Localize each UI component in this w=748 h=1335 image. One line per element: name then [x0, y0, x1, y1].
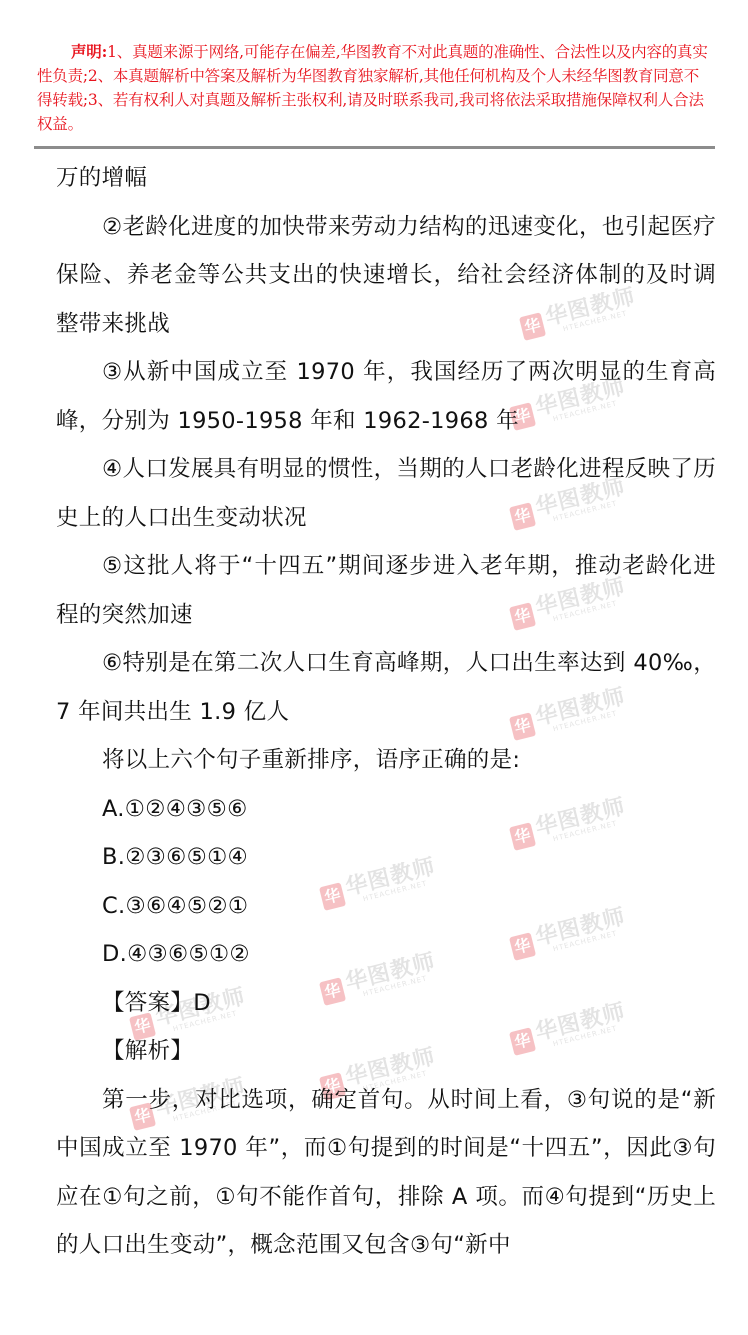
question-continuation: 万的增幅 — [56, 154, 716, 203]
analysis-label: 【解析】 — [56, 1027, 716, 1076]
disclaimer-label: 声明: — [71, 42, 107, 61]
analysis-text: 第一步，对比选项，确定首句。从时间上看，③句说的是“新中国成立至 1970 年”… — [56, 1076, 716, 1270]
sentence-5: ⑤这批人将于“十四五”期间逐步进入老年期，推动老龄化进程的突然加速 — [56, 542, 716, 639]
disclaimer-text: 1、真题来源于网络,可能存在偏差,华图教育不对此真题的准确性、合法性以及内容的真… — [37, 43, 708, 133]
sentence-6: ⑥特别是在第二次人口生育高峰期，人口出生率达到 40‰，7 年间共出生 1.9 … — [56, 639, 716, 736]
disclaimer: 声明:1、真题来源于网络,可能存在偏差,华图教育不对此真题的准确性、合法性以及内… — [37, 40, 712, 136]
option-d: D.④③⑥⑤①② — [56, 930, 716, 979]
header-divider — [34, 146, 715, 149]
option-c: C.③⑥④⑤②① — [56, 882, 716, 931]
answer-value: D — [193, 990, 211, 1016]
sentence-4: ④人口发展具有明显的惯性，当期的人口老龄化进程反映了历史上的人口出生变动状况 — [56, 445, 716, 542]
question-prompt: 将以上六个句子重新排序，语序正确的是: — [56, 736, 716, 785]
answer: 【答案】D — [56, 979, 716, 1028]
sentence-2: ②老龄化进度的加快带来劳动力结构的迅速变化，也引起医疗保险、养老金等公共支出的快… — [56, 203, 716, 349]
question-content: 万的增幅 ②老龄化进度的加快带来劳动力结构的迅速变化，也引起医疗保险、养老金等公… — [56, 154, 716, 1270]
sentence-3: ③从新中国成立至 1970 年，我国经历了两次明显的生育高峰，分别为 1950-… — [56, 348, 716, 445]
answer-label: 【答案】 — [102, 990, 193, 1016]
option-a: A.①②④③⑤⑥ — [56, 785, 716, 834]
option-b: B.②③⑥⑤①④ — [56, 833, 716, 882]
